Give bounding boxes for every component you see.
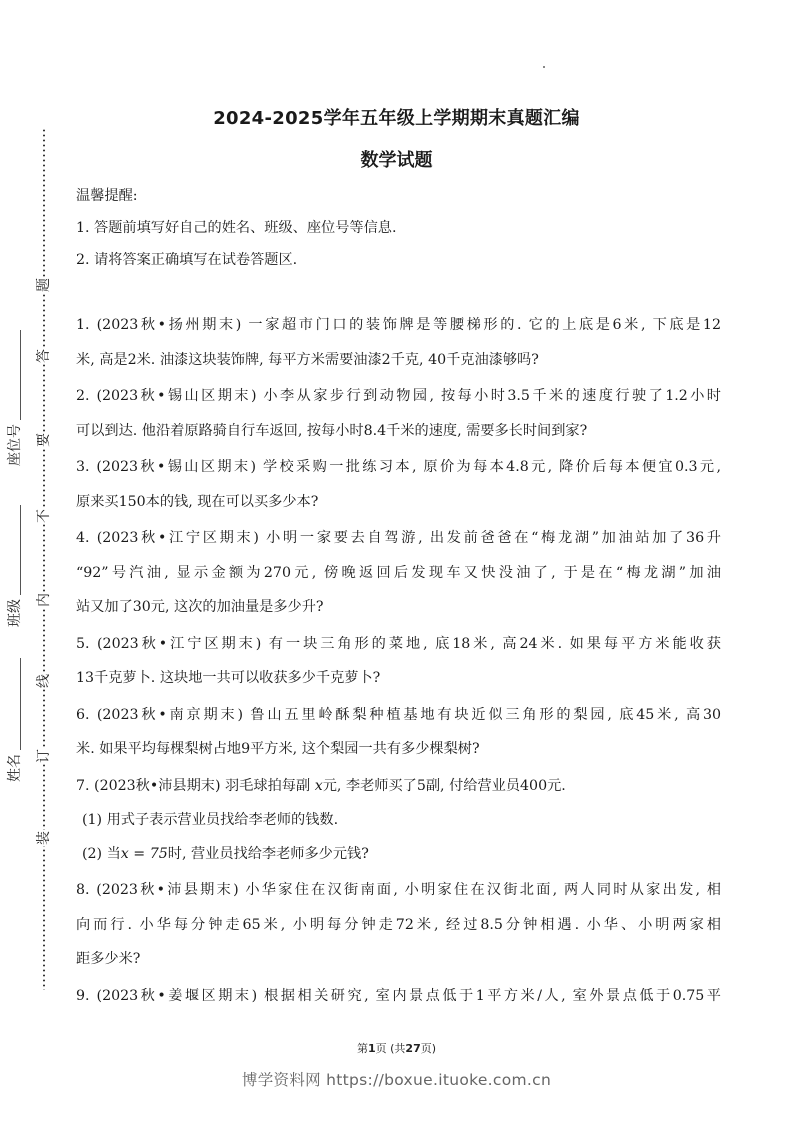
binding-char: 订 <box>36 748 52 764</box>
question-6: 6. (2023秋•南京期末) 鲁山五里岭酥梨种植基地有块近似三角形的梨园, 底… <box>76 698 721 767</box>
question-line: 距多少米? <box>76 942 721 977</box>
question-line: 5. (2023秋•江宁区期末) 有一块三角形的菜地, 底18米, 高24米. … <box>76 627 721 662</box>
question-text: 7. (2023秋•沛县期末) 羽毛球拍每副 <box>76 778 310 794</box>
total-pages: 27 <box>405 1042 420 1055</box>
binding-char: 要 <box>36 432 52 448</box>
seat-number-input-line[interactable] <box>20 330 21 420</box>
class-label: 班级 <box>4 599 24 627</box>
page-title: 2024-2025学年五年级上学期期末真题汇编 <box>0 104 793 130</box>
question-line: 7. (2023秋•沛县期末) 羽毛球拍每副 x元, 李老师买了5副, 付给营业… <box>76 769 721 804</box>
page-mid: 页 (共 <box>376 1042 406 1055</box>
question-line: 8. (2023秋•沛县期末) 小华家住在汉街南面, 小明家住在汉街北面, 两人… <box>76 873 721 908</box>
name-label: 姓名 <box>4 754 24 782</box>
question-line: 2. (2023秋•锡山区期末) 小李从家步行到动物园, 按每小时3.5千米的速… <box>76 379 721 414</box>
question-line: 米, 高是2米. 油漆这块装饰牌, 每平方米需要油漆2千克, 40千克油漆够吗? <box>76 343 721 378</box>
reminder-item: 1. 答题前填写好自己的姓名、班级、座位号等信息. <box>76 212 721 244</box>
reminder-item: 2. 请将答案正确填写在试卷答题区. <box>76 244 721 276</box>
question-line: 原来买150本的钱, 现在可以买多少本? <box>76 485 721 520</box>
subquestion-text: 时, 营业员找给李老师多少元钱? <box>168 846 369 862</box>
question-line: 1. (2023秋•扬州期末) 一家超市门口的装饰牌是等腰梯形的. 它的上底是6… <box>76 308 721 343</box>
name-input-line[interactable] <box>20 658 21 750</box>
binding-char: 不 <box>36 508 52 524</box>
math-expression: x = 75 <box>121 846 168 862</box>
question-5: 5. (2023秋•江宁区期末) 有一块三角形的菜地, 底18米, 高24米. … <box>76 627 721 696</box>
stray-dot <box>543 66 545 68</box>
question-9: 9. (2023秋•姜堰区期末) 根据相关研究, 室内景点低于1平方米/人, 室… <box>76 979 721 1014</box>
page-number: 第1页 (共27页) <box>0 1040 793 1056</box>
subquestion-1: (1) 用式子表示营业员找给李老师的钱数. <box>76 803 721 837</box>
binding-dotted-line <box>43 128 45 990</box>
seat-number-label: 座位号 <box>4 424 24 466</box>
questions-list: 1. (2023秋•扬州期末) 一家超市门口的装饰牌是等腰梯形的. 它的上底是6… <box>76 308 721 1015</box>
question-1: 1. (2023秋•扬州期末) 一家超市门口的装饰牌是等腰梯形的. 它的上底是6… <box>76 308 721 377</box>
question-line: 站又加了30元, 这次的加油量是多少升? <box>76 590 721 625</box>
variable: x <box>315 778 323 794</box>
subquestion-text: (2) 当 <box>82 846 121 862</box>
binding-char: 答 <box>36 348 52 364</box>
watermark: 博学资料网 https://boxue.ituoke.com.cn <box>0 1068 793 1090</box>
class-input-line[interactable] <box>20 505 21 595</box>
question-2: 2. (2023秋•锡山区期末) 小李从家步行到动物园, 按每小时3.5千米的速… <box>76 379 721 448</box>
question-line: 米. 如果平均每棵梨树占地9平方米, 这个梨园一共有多少棵梨树? <box>76 732 721 767</box>
question-8: 8. (2023秋•沛县期末) 小华家住在汉街南面, 小明家住在汉街北面, 两人… <box>76 873 721 977</box>
question-line: “92”号汽油, 显示金额为270元, 傍晚返回后发现车又快没油了, 于是在“梅… <box>76 556 721 591</box>
question-line: 4. (2023秋•江宁区期末) 小明一家要去自驾游, 出发前爸爸在“梅龙湖”加… <box>76 521 721 556</box>
subquestion-2: (2) 当x = 75时, 营业员找给李老师多少元钱? <box>76 837 721 871</box>
question-7: 7. (2023秋•沛县期末) 羽毛球拍每副 x元, 李老师买了5副, 付给营业… <box>76 769 721 872</box>
reminder-section: 温馨提醒: 1. 答题前填写好自己的姓名、班级、座位号等信息. 2. 请将答案正… <box>76 180 721 276</box>
question-4: 4. (2023秋•江宁区期末) 小明一家要去自驾游, 出发前爸爸在“梅龙湖”加… <box>76 521 721 625</box>
question-line: 13千克萝卜. 这块地一共可以收获多少千克萝卜? <box>76 661 721 696</box>
page-prefix: 第 <box>357 1042 368 1055</box>
current-page: 1 <box>368 1042 376 1055</box>
page-suffix: 页) <box>421 1042 436 1055</box>
binding-char: 内 <box>36 592 52 608</box>
binding-char: 线 <box>36 673 52 689</box>
question-line: 6. (2023秋•南京期末) 鲁山五里岭酥梨种植基地有块近似三角形的梨园, 底… <box>76 698 721 733</box>
reminder-heading: 温馨提醒: <box>76 180 721 212</box>
page-subtitle: 数学试题 <box>0 146 793 172</box>
question-text: 元, 李老师买了5副, 付给营业员400元. <box>323 778 566 794</box>
binding-char: 装 <box>36 830 52 846</box>
question-line: 9. (2023秋•姜堰区期末) 根据相关研究, 室内景点低于1平方米/人, 室… <box>76 979 721 1014</box>
binding-char: 题 <box>36 277 52 293</box>
question-line: 向而行. 小华每分钟走65米, 小明每分钟走72米, 经过8.5分钟相遇. 小华… <box>76 908 721 943</box>
question-line: 3. (2023秋•锡山区期末) 学校采购一批练习本, 原价为每本4.8元, 降… <box>76 450 721 485</box>
question-3: 3. (2023秋•锡山区期末) 学校采购一批练习本, 原价为每本4.8元, 降… <box>76 450 721 519</box>
question-line: 可以到达. 他沿着原路骑自行车返回, 按每小时8.4千米的速度, 需要多长时间到… <box>76 414 721 449</box>
